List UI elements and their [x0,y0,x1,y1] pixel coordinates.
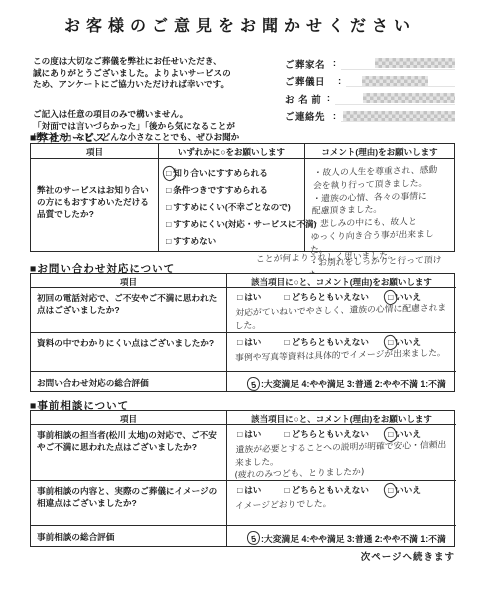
col-header-choice: いずれかに○をお願いします [159,144,305,159]
inquiry-answer-2: □はい □どちらともいえない □いいえ 事例や写真等資料は具体的でイメージが出来… [227,333,456,372]
field-funeral-date: ご葬儀日 : [285,73,455,91]
rating-scale-text: :大変満足 4:やや満足 3:普通 2:やや不満 1:不満 [261,532,446,545]
service-options: □ 知り合いにすすめられる □ 条件つきですすめられる □ すすめにくい(不幸ご… [159,159,305,251]
checkbox-icon: □ [166,202,171,212]
checkbox-icon: □ [166,236,171,246]
option-hard-misfortune: □ すすめにくい(不幸ごとなので) [166,198,304,215]
footer-continuation-note: 次ページへ続きます [30,549,455,563]
checkbox: □ [284,485,289,495]
redacted-value [375,58,455,68]
checkbox-icon: □ [237,337,242,347]
handwritten-comment: 対応がていねいでやさしく、遺族の心情に配慮されました。 [226,300,456,333]
field-colon: : [333,111,336,122]
checkbox: □ [284,429,289,439]
handwritten-comment: 遺族が必要とすることへの説明が明確で安心・信頼出来ました。 (疲れのみつども、と… [226,437,457,482]
choice-label: はい [244,485,261,495]
option-label: すすめにくい(不幸ごとなので) [173,201,291,213]
checkbox-icon: □ [284,429,289,439]
redacted-value [343,111,455,121]
checkbox: □ [237,485,242,495]
choice-label: どちらともいえない [292,337,369,347]
choice-label: どちらともいえない [292,292,369,302]
service-handwritten-comment: ・故人の人生を尊重され、感動 会を執り行って頂きました。 ・遺族の心情、各々の事… [303,157,456,253]
option-no-recommend: □ すすめない [166,233,304,250]
field-label: お 名 前 [285,92,324,106]
field-label: ご葬家名 [285,57,330,71]
consult-rating-scale: 5 :大変満足 4:やや満足 3:普通 2:やや不満 1:不満 [227,526,456,546]
choice-label: はい [244,429,261,439]
field-value-area [346,75,455,87]
inquiry-question-2: 資料の中でわかりにくい点はございましたか? [31,333,227,372]
checkbox: □ [284,337,289,347]
choice-label: いいえ [395,337,421,347]
col-header-item: 項目 [31,144,159,159]
col-header-item: 項目 [31,411,227,425]
choice-yes: □はい [237,336,261,348]
option-recommend: □ 知り合いにすすめられる [166,164,304,181]
inquiry-table: 項目 該当項目に○と、コメント(理由)をお願いします 初回の電話対応で、ご不安や… [30,273,455,392]
choice-neutral: □どちらともいえない [284,336,369,348]
inquiry-rating-label: お問い合わせ対応の総合評価 [31,372,227,391]
checkbox-icon: □ [237,429,242,439]
choice-label: どちらともいえない [292,429,369,439]
checkbox-marked: □ [166,168,171,178]
field-contact: ご連絡先 : [285,108,455,126]
checkbox: □ [166,185,171,195]
choice-neutral: □どちらともいえない [284,484,369,496]
field-label: ご連絡先 [285,109,330,123]
field-value-area [341,58,455,70]
intro-paragraph-1: この度は大切なご葬儀を弊社にお任せいただき、 誠にありがとうございました。よりよ… [33,56,263,90]
choice-label: どちらともいえない [292,485,369,495]
consult-table: 項目 該当項目に○と、コメント(理由)をお願いします 事前相談の担当者(松川 太… [30,410,455,547]
choice-label: はい [244,337,261,347]
option-label: すすめない [173,235,216,247]
field-family-name: ご葬家名 : [285,55,455,73]
consult-question-1: 事前相談の担当者(松川 太地)の対応で、ご不安やご不満に思われた点はございました… [31,425,227,481]
checkbox-icon: □ [237,292,242,302]
choice-yes: □はい [237,484,261,496]
option-label: すすめにくい(対応・サービスに不満) [173,218,316,230]
consult-answer-1: □はい □どちらともいえない □いいえ 遺族が必要とすることへの説明が明確で安心… [227,425,456,481]
consult-answer-2: □はい □どちらともいえない □いいえ イメージどおりでした。 [227,481,456,526]
inquiry-question-1: 初回の電話対応で、ご不安やご不満に思われた点はございましたか? [31,288,227,333]
service-question: 弊社のサービスはお知り合いの方にもおすすめいただける品質でしたか? [31,159,159,251]
checkbox-marked: □ [388,292,393,302]
col-header-response: 該当項目に○と、コメント(理由)をお願いします [227,274,456,288]
handwritten-comment: 事例や写真等資料は具体的でイメージが出来ました。 [227,345,457,365]
checkbox-marked: □ [388,337,393,347]
checkbox: □ [237,429,242,439]
checkbox-icon: □ [284,292,289,302]
checkbox-icon: □ [284,485,289,495]
checkbox-marked: □ [388,429,393,439]
checkbox: □ [166,219,171,229]
redacted-value [363,93,455,103]
field-colon: : [333,58,336,69]
option-label: 知り合いにすすめられる [173,167,268,179]
page-title: お客様のご意見をお聞かせください [0,13,480,36]
inquiry-answer-1: □はい □どちらともいえない □いいえ 対応がていねいでやさしく、遺族の心情に配… [227,288,456,333]
consult-question-2: 事前相談の内容と、実際のご葬儀にイメージの相違点はございましたか? [31,481,227,526]
scanned-survey-page: お客様のご意見をお聞かせください この度は大切なご葬儀を弊社にお任せいただき、 … [0,0,480,600]
service-table: 項目 いずれかに○をお願いします コメント(理由)をお願いします 弊社のサービス… [30,143,455,252]
col-header-item: 項目 [31,274,227,288]
option-label: 条件つきですすめられる [173,184,268,196]
choice-label: いいえ [395,429,421,439]
checkbox: □ [284,292,289,302]
choice-neutral: □どちらともいえない [284,428,369,440]
circled-rating-value: 5 [246,376,261,392]
checkbox: □ [166,236,171,246]
choice-neutral: □どちらともいえない [284,291,369,303]
field-label: ご葬儀日 [285,74,335,88]
checkbox: □ [166,202,171,212]
handwritten-comment: イメージどおりでした。 [227,493,457,513]
consult-rating-label: 事前相談の総合評価 [31,526,227,546]
checkbox: □ [237,292,242,302]
field-name: お 名 前 : [285,90,455,108]
choice-yes: □はい [237,428,261,440]
field-colon: : [327,93,330,104]
rating-scale-text: :大変満足 4:やや満足 3:普通 2:やや不満 1:不満 [261,377,446,390]
choice-label: はい [244,292,261,302]
checkbox: □ [237,337,242,347]
field-value-area [341,110,455,122]
choice-label: いいえ [395,292,421,302]
field-value-area [335,93,455,105]
option-conditional: □ 条件つきですすめられる [166,181,304,198]
option-hard-dissatisfied: □ すすめにくい(対応・サービスに不満) [166,216,304,233]
choice-yes: □はい [237,291,261,303]
checkbox-icon: □ [166,185,171,195]
field-colon: : [338,76,341,87]
circled-rating-value: 5 [246,530,261,546]
checkbox-icon: □ [237,485,242,495]
col-header-response: 該当項目に○と、コメント(理由)をお願いします [227,411,456,425]
checkbox-marked: □ [388,485,393,495]
inquiry-rating-scale: 5 :大変満足 4:やや満足 3:普通 2:やや不満 1:不満 [227,372,456,391]
checkbox-icon: □ [284,337,289,347]
redacted-value [362,76,428,86]
checkbox-icon: □ [166,219,171,229]
choice-label: いいえ [395,485,421,495]
